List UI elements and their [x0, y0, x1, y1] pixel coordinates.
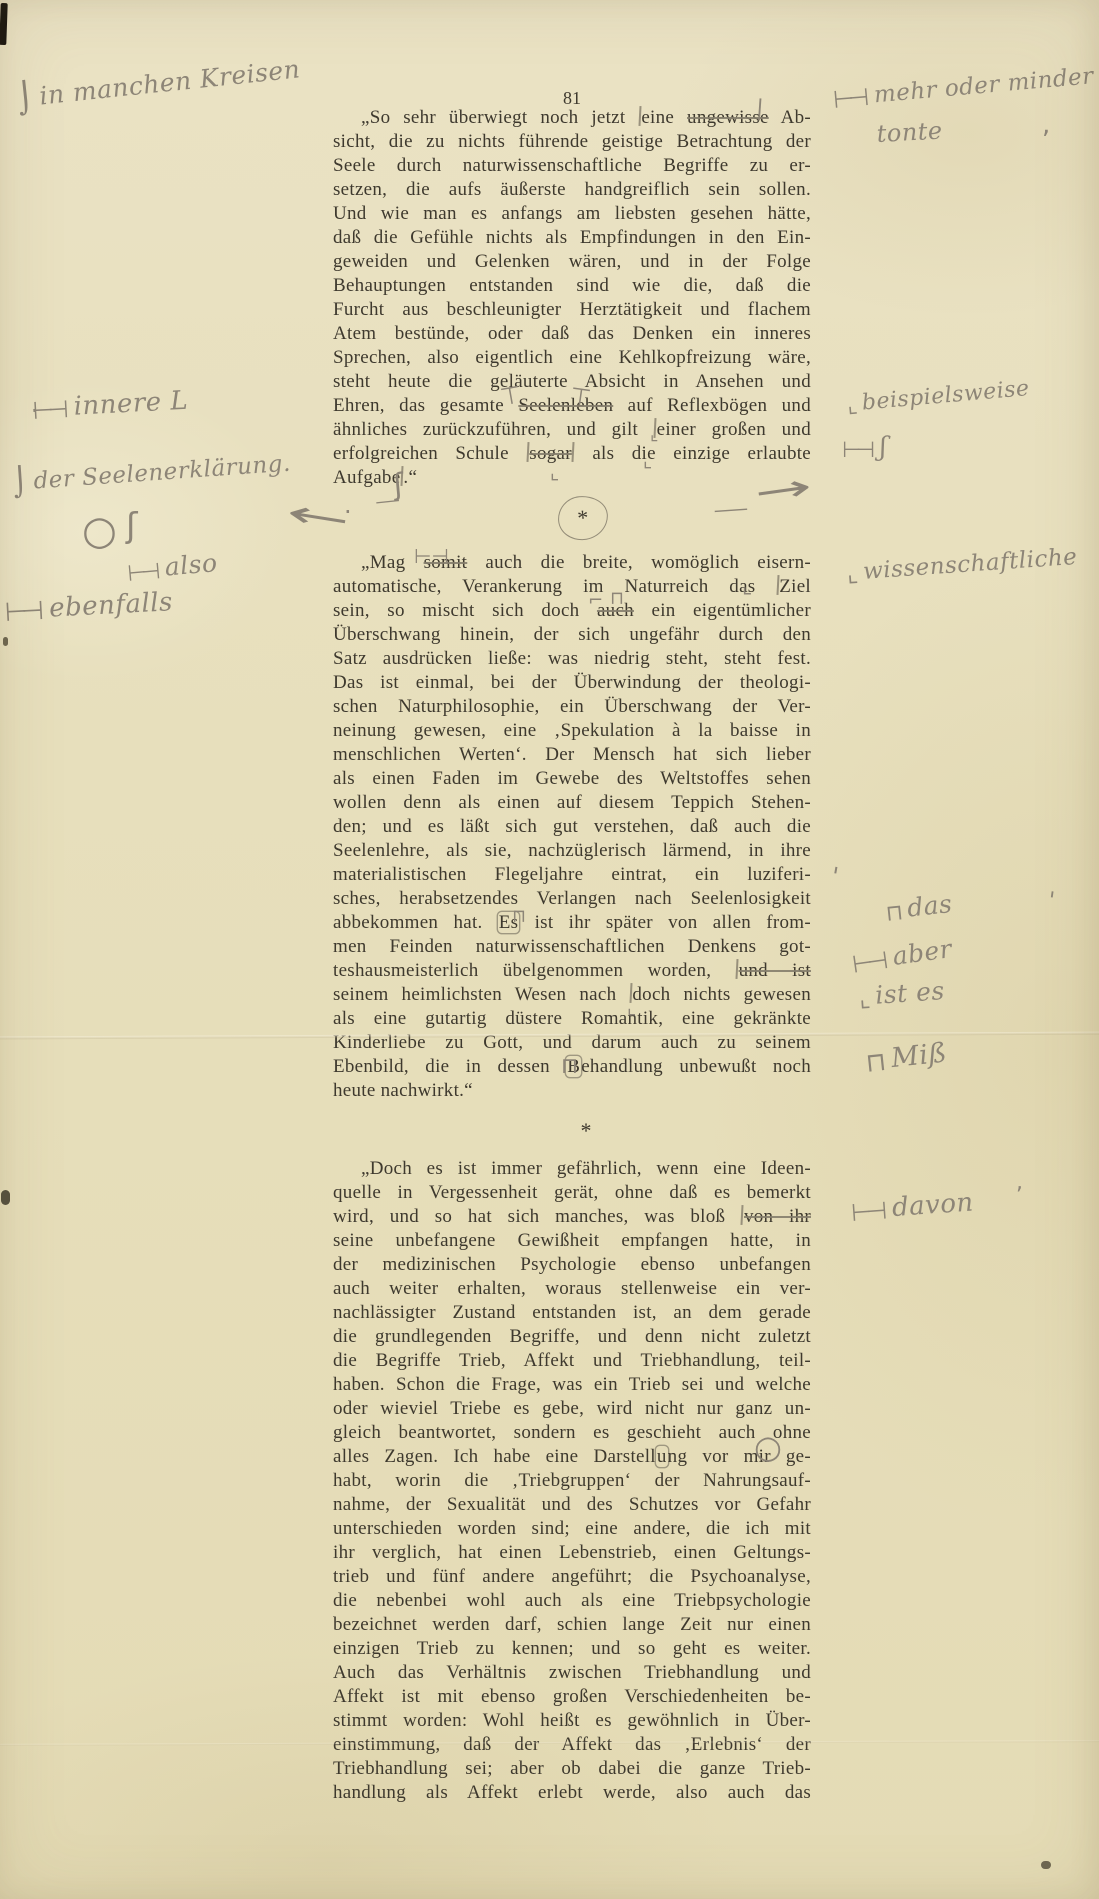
dash-before-arrow-right-mark: —: [712, 495, 750, 521]
text-line: Das ist einmal, bei der Überwindung der …: [333, 671, 811, 695]
note-sig-squiggle: ⊢⊣ʃ: [842, 432, 887, 463]
note-sig-squiggle-text: ʃ: [880, 432, 888, 462]
note-wissenschaftliche-text: wissenschaftliche: [862, 544, 1078, 585]
scan-artifact: [3, 637, 8, 646]
note-innere-l-siglum-icon: ·⊢⊣: [30, 395, 74, 425]
circle-right-margin-mark: ○: [754, 1428, 782, 1466]
text-line: sches, herabsetzendes Verlangen nach See…: [333, 887, 811, 911]
apostrophe-margin-1-mark: ': [829, 862, 840, 891]
text-line: Seelenlehre, als sie, nachzüglerisch lär…: [333, 839, 811, 863]
text-line: Kinderliebe zu Gott, und darum auch zu s…: [333, 1031, 811, 1055]
quote-paragraph-3: „Doch es ist immer gefährlich, wenn eine…: [333, 1157, 811, 1805]
text-line: heute nachwirkt.“: [333, 1079, 811, 1103]
quote-paragraph-1: „So sehr überwiegt noch jetzt eine ungew…: [333, 106, 811, 490]
text-line: habt, worin die ‚Triebgruppen‘ der Nahru…: [333, 1469, 811, 1493]
circle-left-margin-mark: ○: [82, 508, 117, 554]
pencil-strikethrough: und ist: [739, 960, 811, 981]
text-line: die nebenbei wohl auch als eine Triebpsy…: [333, 1589, 811, 1613]
quote-paragraph-2: „Mag somit auch die breite, womöglich ei…: [333, 551, 811, 1103]
text-line: die grundlegenden Begriffe, und denn nic…: [333, 1325, 811, 1349]
note-wissenschaftliche: ⌞wissenschaftliche: [846, 544, 1078, 588]
text-line: alles Zagen. Ich habe eine Darstellung v…: [333, 1445, 811, 1469]
scan-artifact: [0, 3, 8, 45]
note-davon: ⊢⊣davon: [850, 1187, 975, 1226]
square-under-behandlung-mark: ⊓: [561, 1054, 578, 1079]
note-das: ⊓das: [884, 889, 954, 927]
text-line: seine unbefangene Gewißheit empfangen ha…: [333, 1229, 811, 1253]
apostrophe-margin-2-mark: ': [1047, 888, 1056, 914]
dot-near-arrow-left-mark: ·: [344, 498, 352, 526]
text-line: setzen, die aufs äußerste handgreiflich …: [333, 178, 811, 202]
square-under-es-mark: ⊓: [512, 906, 526, 927]
note-der-seelenerklaerung: ⌡der Seelenerklärung.: [12, 447, 292, 499]
text-line: schen Naturphilosophie, ein Überschwang …: [333, 695, 811, 719]
text-line: als eine gutartig düstere Romantik, eine…: [333, 1007, 811, 1031]
comma-margin-1-mark: ,: [1042, 110, 1050, 140]
note-beispielsweise: ⌞beispielsweise: [846, 376, 1031, 419]
note-tonte-text: tonte: [876, 117, 943, 148]
note-innere-l-text: innere L: [73, 386, 189, 422]
text-line: „Doch es ist immer gefährlich, wenn eine…: [333, 1157, 811, 1181]
note-mehr-oder-minder-siglum-icon: ⊢⊣: [832, 82, 875, 113]
note-mehr-oder-minder-text: mehr oder minder be=: [873, 58, 1099, 108]
text-line: Furcht aus beschleunigter Herztätigkeit …: [333, 298, 811, 322]
pencil-insertion-bar: [776, 575, 779, 595]
text-line: trieb und fünf andere angeführt; die Psy…: [333, 1565, 811, 1589]
text-line: daß die Gefühle nichts als Empfindungen …: [333, 226, 811, 250]
note-tonte: tonte: [876, 117, 943, 148]
note-also: ⊢⊣also: [126, 548, 219, 587]
note-in-manchen-kreisen-text: in manchen Kreisen: [38, 54, 301, 110]
text-line: nachlässigter Zustand entstanden ist, an…: [333, 1301, 811, 1325]
text-line: Überschwang hinein, der sich ungefähr du…: [333, 623, 811, 647]
text-line: Auch das Verhältnis zwischen Triebhandlu…: [333, 1661, 811, 1685]
text-line: Triebhandlung sei; aber ob dabei die gan…: [333, 1757, 811, 1781]
pencil-insertion-bar: [638, 106, 641, 126]
text-line: Behauptungen entstanden sind wie die, da…: [333, 274, 811, 298]
note-ebenfalls: ⊢⊣ebenfalls: [4, 587, 174, 628]
text-line: menschlichen Werten‘. Der Mensch hat sic…: [333, 743, 811, 767]
note-das-siglum-icon: ⊓: [885, 900, 909, 927]
text-line: ähnliches zurückzuführen, und gilt einer…: [333, 418, 811, 442]
text-line: oder wieviel Triebe es gebe, wird nicht …: [333, 1397, 811, 1421]
section-asterisk-1-circled: *: [556, 494, 610, 542]
text-line: Und wie man es anfangs am liebsten geseh…: [333, 202, 811, 226]
corner-under-doch-mark: ⌞: [627, 995, 636, 1019]
text-line: automatische, Verankerung im Naturreich …: [333, 575, 811, 599]
text-line: geweiden und Gelenken wären, und in der …: [333, 250, 811, 274]
note-innere-l: ·⊢⊣innere L: [30, 386, 189, 425]
tick-over-seelenleben-2-mark: ⊤: [568, 382, 593, 413]
text-line: gleich beantwortet, sondern es geschieht…: [333, 1421, 811, 1445]
text-line: Satz ausdrücken ließe: was niedrig steht…: [333, 647, 811, 671]
pencil-strikethrough: von ihr: [744, 1206, 811, 1227]
text-line: Aufgabe.“: [333, 466, 811, 490]
note-sig-squiggle-siglum-icon: ⊢⊣: [842, 438, 880, 463]
corner-over-auch-mark: ⌐: [588, 590, 603, 611]
text-line: „Mag somit auch die breite, womöglich ei…: [333, 551, 811, 575]
text-line: der medizinischen Psychologie ebenso unb…: [333, 1253, 811, 1277]
text-line: Seele durch naturwissenschaftliche Begri…: [333, 154, 811, 178]
note-miss-siglum-icon: ⊓: [864, 1046, 893, 1079]
text-line: unterschieden worden sind; eine andere, …: [333, 1517, 811, 1541]
text-line: Affekt ist mit ebenso großen Verschieden…: [333, 1685, 811, 1709]
note-das-text: das: [906, 889, 954, 923]
note-ebenfalls-text: ebenfalls: [48, 587, 173, 623]
text-line: men Feinden naturwissenschaftlichen Denk…: [333, 935, 811, 959]
text-line: als einen Faden im Gewebe des Weltstoffe…: [333, 767, 811, 791]
text-line: bezeichnet werden darf, schien lange Zei…: [333, 1613, 811, 1637]
note-aber-text: aber: [891, 934, 954, 971]
note-beispielsweise-text: beispielsweise: [861, 376, 1031, 416]
text-line: nahme, der Sexualität und des Schutzes v…: [333, 1493, 811, 1517]
note-miss-text: Miß: [890, 1037, 949, 1074]
text-line: quelle in Vergessenheit gerät, ohne daß …: [333, 1181, 811, 1205]
text-line: wird, und so hat sich manches, was bloß …: [333, 1205, 811, 1229]
text-line: Sprechen, also eigentlich eine Kehlkopfr…: [333, 346, 811, 370]
text-line: einzigen Trieb zu kennen; und so geht es…: [333, 1637, 811, 1661]
text-line: teshausmeisterlich übelgenommen worden, …: [333, 959, 811, 983]
note-ist-es: ⌞ist es: [858, 976, 946, 1013]
section-asterisk-2: *: [562, 1110, 610, 1152]
text-line: „So sehr überwiegt noch jetzt eine ungew…: [333, 106, 811, 130]
text-line: neinung gewesen, eine ‚Spekulation à la …: [333, 719, 811, 743]
corner-under-sogar-mark: ⌞: [550, 460, 559, 484]
square-over-auch-mark: ⊓: [610, 588, 624, 609]
note-der-seelenerklaerung-text: der Seelenerklärung.: [33, 451, 292, 495]
text-line: die Begriffe Trieb, Affekt und Triebhand…: [333, 1349, 811, 1373]
text-line: erfolgreichen Schule sogar als die einzi…: [333, 442, 811, 466]
pencil-strikethrough: Seelenleben: [518, 395, 613, 416]
text-line: ihr verglich, hat einen Lebenstrieb, ein…: [333, 1541, 811, 1565]
note-ist-es-text: ist es: [874, 976, 945, 1010]
comma-margin-2-mark: ,: [1016, 1170, 1023, 1195]
note-ebenfalls-siglum-icon: ⊢⊣: [4, 596, 50, 628]
note-also-siglum-icon: ⊢⊣: [127, 559, 167, 587]
text-line: einstimmung, daß der Affekt das ‚Erlebni…: [333, 1733, 811, 1757]
dash-under-aufgabe-mark: —: [374, 489, 401, 513]
text-line: haben. Schon die Frage, was ein Trieb se…: [333, 1373, 811, 1397]
text-line: abbekommen hat. Es ist ihr später von al…: [333, 911, 811, 935]
text-line: sein, so mischt sich doch auch ein eigen…: [333, 599, 811, 623]
note-mehr-oder-minder: ⊢⊣mehr oder minder be=: [832, 58, 1099, 114]
sig-over-somit-mark: ⊢⊣: [414, 544, 449, 568]
squiggle-left-margin-mark: ʃ: [126, 506, 137, 546]
note-aber-siglum-icon: ⊢⊣: [850, 945, 895, 978]
note-davon-siglum-icon: ⊢⊣: [850, 1196, 893, 1227]
text-line: sicht, die zu nichts führende geistige B…: [333, 130, 811, 154]
scan-artifact: [1, 1190, 10, 1205]
pencil-box-mark: u: [656, 1446, 668, 1467]
note-miss: ⊓Miß: [864, 1037, 949, 1078]
corner-under-einer-mark: ⌞: [650, 424, 658, 445]
text-line: Atem bestünde, oder daß das Denken ein i…: [333, 322, 811, 346]
text-line: den; und es läßt sich gut verstehen, daß…: [333, 815, 811, 839]
pencil-insertion-bar: [572, 442, 575, 462]
arrow-left-mark: ←: [284, 492, 353, 542]
text-line: auch weiter erhalten, woraus stellenweis…: [333, 1277, 811, 1301]
text-line: handlung als Affekt erlebt werde, also a…: [333, 1781, 811, 1805]
text-line: seinem heimlichsten Wesen nach doch nich…: [333, 983, 811, 1007]
note-also-text: also: [164, 548, 219, 581]
note-in-manchen-kreisen: ⌡in manchen Kreisen: [16, 52, 302, 116]
scan-artifact: [1041, 1861, 1051, 1869]
text-line: stimmt worden: Wohl heißt es gewöhnlich …: [333, 1709, 811, 1733]
arrow-right-mark: →: [752, 466, 814, 515]
corner-under-als-mark: ⌞: [643, 448, 652, 472]
scanned-book-page: 81 „So sehr überwiegt noch jetzt eine un…: [0, 0, 1099, 1899]
text-line: wollen denn als einen auf diesem Teppich…: [333, 791, 811, 815]
note-aber: ⊢⊣aber: [850, 934, 954, 979]
corner-under-ziel-mark: ⌞: [742, 574, 752, 599]
text-line: materialistischen Flegeljahre eintrat, e…: [333, 863, 811, 887]
note-davon-text: davon: [891, 1187, 975, 1223]
